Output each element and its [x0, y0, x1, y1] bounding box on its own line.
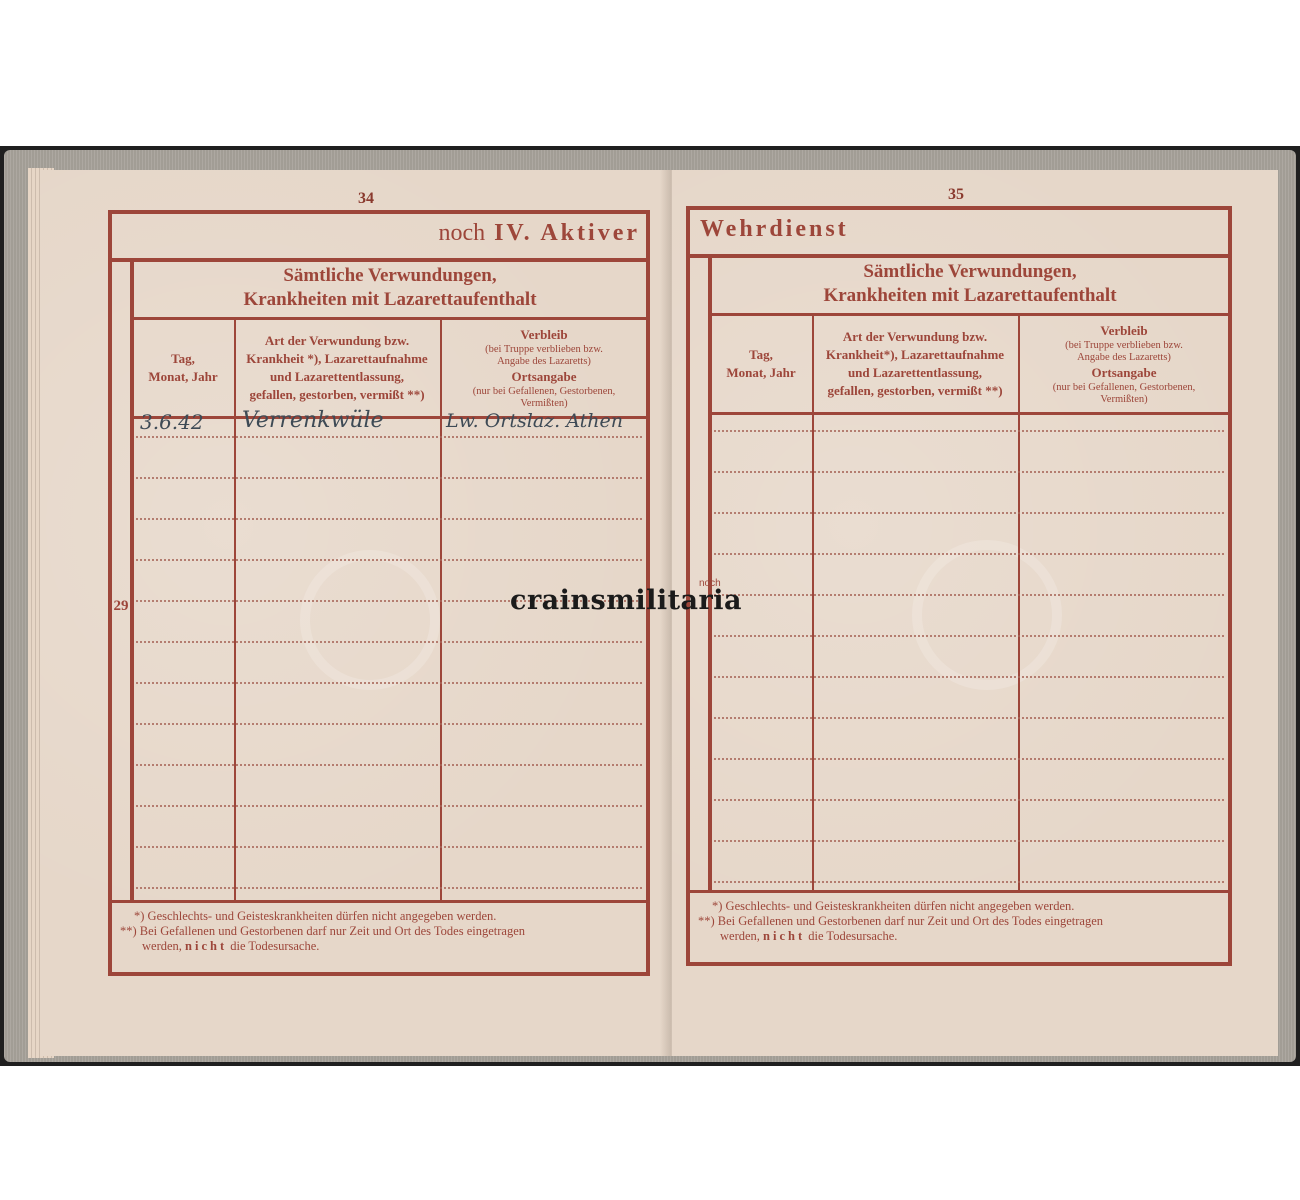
- header-title: noch IV. Aktiver: [438, 220, 640, 247]
- entry-line: [136, 518, 642, 520]
- entry-line: [714, 799, 1224, 801]
- entry-location: Lw. Ortslaz. Athen: [446, 410, 623, 432]
- entry-date: 3.6.42: [140, 410, 204, 434]
- column-divider: [440, 320, 442, 900]
- section-title: Sämtliche Verwundungen, Krankheiten mit …: [712, 254, 1228, 316]
- entry-line: [136, 805, 642, 807]
- right-form-frame: Wehrdienst Sämtliche Verwundungen, Krank…: [686, 206, 1232, 966]
- page-number: 34: [358, 190, 374, 208]
- entry-line: [714, 840, 1224, 842]
- column-headers: Tag, Monat, Jahr Art der Verwundung bzw.…: [134, 320, 646, 419]
- column-header-date: Tag, Monat, Jahr: [712, 316, 810, 412]
- entry-line: [714, 553, 1224, 555]
- column-header-location: Verbleib (bei Truppe verblieben bzw. Ang…: [1020, 316, 1228, 412]
- entry-line: [136, 682, 642, 684]
- entry-line: [714, 512, 1224, 514]
- footnotes: *) Geschlechts- und Geisteskrankheiten d…: [112, 900, 646, 972]
- header-title: Wehrdienst: [700, 216, 849, 243]
- entry-line: [136, 764, 642, 766]
- row-number: 29: [112, 598, 130, 615]
- column-divider: [234, 320, 236, 900]
- entry-line: [136, 436, 642, 438]
- column-divider: [812, 316, 814, 890]
- entry-type: Verrenkwüle: [242, 408, 384, 433]
- entry-line: [136, 559, 642, 561]
- footnotes: *) Geschlechts- und Geisteskrankheiten d…: [690, 890, 1228, 962]
- watermark-text: crainsmilitaria: [510, 585, 742, 616]
- entry-line: [136, 641, 642, 643]
- column-header-date: Tag, Monat, Jahr: [134, 320, 232, 416]
- page-header: Wehrdienst: [690, 210, 1228, 258]
- section-title: Sämtliche Verwundungen, Krankheiten mit …: [134, 258, 646, 320]
- page-header: noch IV. Aktiver: [112, 214, 646, 262]
- entry-line: [136, 846, 642, 848]
- entry-line: [714, 676, 1224, 678]
- entry-line: [714, 430, 1224, 432]
- column-header-type: Art der Verwundung bzw. Krankheit*), Laz…: [812, 316, 1018, 412]
- entry-line: [714, 594, 1224, 596]
- margin-column: [690, 254, 712, 890]
- column-headers: Tag, Monat, Jahr Art der Verwundung bzw.…: [712, 316, 1228, 415]
- entry-line: [714, 471, 1224, 473]
- entry-line: [136, 723, 642, 725]
- entry-line: [714, 881, 1224, 883]
- entry-line: [136, 887, 642, 889]
- column-header-location: Verbleib (bei Truppe verblieben bzw. Ang…: [442, 320, 646, 416]
- page-number: 35: [948, 186, 964, 204]
- column-divider: [1018, 316, 1020, 890]
- margin-column: 29: [112, 258, 134, 900]
- right-page: 35 Wehrdienst Sämtliche Verwundungen, Kr…: [672, 170, 1278, 1056]
- entry-line: [714, 635, 1224, 637]
- entry-line: [714, 717, 1224, 719]
- entry-line: [714, 758, 1224, 760]
- entry-line: [136, 477, 642, 479]
- column-header-type: Art der Verwundung bzw. Krankheit *), La…: [234, 320, 440, 416]
